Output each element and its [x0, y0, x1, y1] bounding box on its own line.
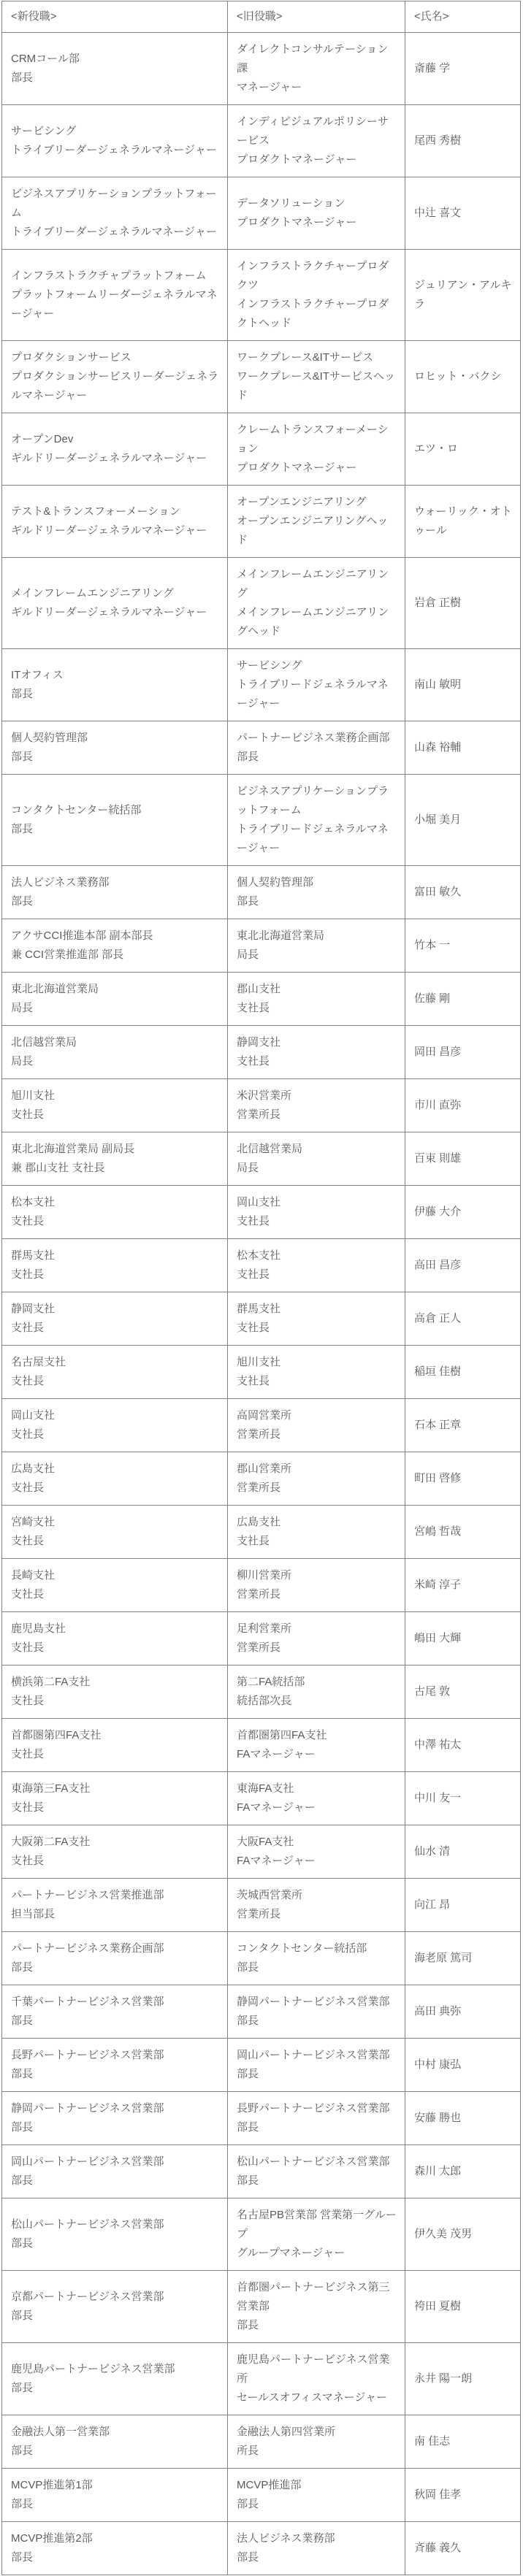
cell-old-position: データソリューション プロダクトマネージャー	[228, 177, 405, 250]
cell-name: 稲垣 佳樹	[405, 1346, 521, 1399]
table-body: CRMコール部 部長ダイレクトコンサルテーション課 マネージャー斎藤 学サービシ…	[2, 33, 521, 2575]
cell-new-position: 京都パートナービジネス営業部 部長	[2, 2271, 228, 2343]
cell-new-position: テスト&トランスフォーメーション ギルドリーダージェネラルマネージャー	[2, 486, 228, 558]
personnel-table: <新役職> <旧役職> <氏名> CRMコール部 部長ダイレクトコンサルテーショ…	[1, 1, 521, 2575]
cell-new-position: アクサCCI推進本部 副本部長 兼 CCI営業推進部 部長	[2, 919, 228, 973]
cell-new-position: 長野パートナービジネス営業部 部長	[2, 2039, 228, 2092]
table-row: 長崎支社 支社長柳川営業所 営業所長米崎 淳子	[2, 1559, 521, 1612]
cell-old-position: 大阪FA支社 FAマネージャー	[228, 1825, 405, 1879]
cell-name: 仙水 清	[405, 1825, 521, 1879]
cell-name: ジュリアン・アルキラ	[405, 250, 521, 341]
cell-name: 中川 友一	[405, 1772, 521, 1825]
cell-old-position: 静岡支社 支社長	[228, 1026, 405, 1079]
cell-new-position: 鹿児島パートナービジネス営業部 部長	[2, 2343, 228, 2415]
table-row: メインフレームエンジニアリング ギルドリーダージェネラルマネージャーメインフレー…	[2, 558, 521, 649]
cell-old-position: ダイレクトコンサルテーション課 マネージャー	[228, 33, 405, 105]
cell-name: 小堀 美月	[405, 775, 521, 866]
cell-new-position: 松山パートナービジネス営業部 部長	[2, 2199, 228, 2271]
cell-name: 市川 直弥	[405, 1079, 521, 1132]
table-row: 法人ビジネス業務部 部長個人契約管理部 部長富田 敏久	[2, 866, 521, 919]
table-row: 名古屋支社 支社長旭川支社 支社長稲垣 佳樹	[2, 1346, 521, 1399]
cell-old-position: パートナービジネス業務企画部 部長	[228, 721, 405, 775]
table-row: 横浜第二FA支社 支社長第二FA統括部 統括部次長古尾 敦	[2, 1665, 521, 1719]
page: <新役職> <旧役職> <氏名> CRMコール部 部長ダイレクトコンサルテーショ…	[0, 0, 523, 2576]
header-old-position: <旧役職>	[228, 1, 405, 33]
cell-name: エツ・ロ	[405, 413, 521, 486]
cell-name: 古尾 敦	[405, 1665, 521, 1719]
cell-new-position: オープンDev ギルドリーダージェネラルマネージャー	[2, 413, 228, 486]
cell-name: 富田 敏久	[405, 866, 521, 919]
table-row: 大阪第二FA支社 支社長大阪FA支社 FAマネージャー仙水 清	[2, 1825, 521, 1879]
cell-name: 中村 康弘	[405, 2039, 521, 2092]
cell-old-position: 首都圏第四FA支社 FAマネージャー	[228, 1719, 405, 1772]
table-row: 千葉パートナービジネス営業部 部長静岡パートナービジネス営業部 部長高田 典弥	[2, 1985, 521, 2039]
cell-new-position: 群馬支社 支社長	[2, 1239, 228, 1292]
cell-new-position: 千葉パートナービジネス営業部 部長	[2, 1985, 228, 2039]
cell-name: 秋岡 佳孝	[405, 2469, 521, 2522]
cell-name: 伊久美 茂男	[405, 2199, 521, 2271]
table-row: パートナービジネス営業推進部 担当部長茨城西営業所 営業所長向江 昂	[2, 1879, 521, 1932]
table-row: 岡山支社 支社長高岡営業所 営業所長石本 正章	[2, 1399, 521, 1452]
cell-name: 中辻 喜文	[405, 177, 521, 250]
cell-name: 安藤 勝也	[405, 2092, 521, 2145]
table-row: プロダクションサービス プロダクションサービスリーダージェネラルマネージャーワー…	[2, 341, 521, 413]
table-row: MCVP推進第2部 部長法人ビジネス業務部 部長斉藤 義久	[2, 2522, 521, 2575]
cell-new-position: 個人契約管理部 部長	[2, 721, 228, 775]
cell-new-position: サービシング トライブリーダージェネラルマネージャー	[2, 105, 228, 177]
table-row: 宮崎支社 支社長広島支社 支社長宮嶋 哲哉	[2, 1506, 521, 1559]
table-row: 群馬支社 支社長松本支社 支社長高田 昌彦	[2, 1239, 521, 1292]
cell-old-position: 茨城西営業所 営業所長	[228, 1879, 405, 1932]
cell-old-position: ビジネスアプリケーションプラットフォーム トライブリードジェネラルマネージャー	[228, 775, 405, 866]
table-row: 鹿児島支社 支社長足利営業所 営業所長嶋田 大輝	[2, 1612, 521, 1665]
cell-name: 尾西 秀樹	[405, 105, 521, 177]
cell-old-position: 松本支社 支社長	[228, 1239, 405, 1292]
table-row: 北信越営業局 局長静岡支社 支社長岡田 昌彦	[2, 1026, 521, 1079]
cell-new-position: 北信越営業局 局長	[2, 1026, 228, 1079]
table-row: 静岡支社 支社長群馬支社 支社長高倉 正人	[2, 1292, 521, 1346]
table-row: ビジネスアプリケーションプラットフォーム トライブリーダージェネラルマネージャー…	[2, 177, 521, 250]
cell-new-position: コンタクトセンター統括部 部長	[2, 775, 228, 866]
cell-old-position: 首都圏パートナービジネス第三営業部 部長	[228, 2271, 405, 2343]
cell-name: ロヒット・バクシ	[405, 341, 521, 413]
cell-old-position: 北信越営業局 局長	[228, 1132, 405, 1186]
cell-old-position: インフラストラクチャープロダクツ インフラストラクチャープロダクトヘッド	[228, 250, 405, 341]
cell-old-position: ワークプレース&ITサービス ワークプレース&ITサービスヘッド	[228, 341, 405, 413]
cell-old-position: コンタクトセンター統括部 部長	[228, 1932, 405, 1985]
table-row: インフラストラクチャプラットフォーム プラットフォームリーダージェネラルマネージ…	[2, 250, 521, 341]
table-row: MCVP推進第1部 部長MCVP推進部 部長秋岡 佳孝	[2, 2469, 521, 2522]
cell-name: 米崎 淳子	[405, 1559, 521, 1612]
table-row: 松本支社 支社長岡山支社 支社長伊藤 大介	[2, 1186, 521, 1239]
cell-name: 向江 昂	[405, 1879, 521, 1932]
table-row: 旭川支社 支社長米沢営業所 営業所長市川 直弥	[2, 1079, 521, 1132]
table-row: 静岡パートナービジネス営業部 部長長野パートナービジネス営業部 部長安藤 勝也	[2, 2092, 521, 2145]
cell-new-position: 法人ビジネス業務部 部長	[2, 866, 228, 919]
cell-name: 岡田 昌彦	[405, 1026, 521, 1079]
cell-new-position: 東北北海道営業局 局長	[2, 973, 228, 1026]
cell-new-position: MCVP推進第2部 部長	[2, 2522, 228, 2575]
cell-new-position: CRMコール部 部長	[2, 33, 228, 105]
cell-new-position: パートナービジネス業務企画部 部長	[2, 1932, 228, 1985]
cell-old-position: 旭川支社 支社長	[228, 1346, 405, 1399]
cell-old-position: 個人契約管理部 部長	[228, 866, 405, 919]
cell-old-position: 郡山営業所 営業所長	[228, 1452, 405, 1506]
cell-new-position: メインフレームエンジニアリング ギルドリーダージェネラルマネージャー	[2, 558, 228, 649]
table-row: コンタクトセンター統括部 部長ビジネスアプリケーションプラットフォーム トライブ…	[2, 775, 521, 866]
cell-old-position: MCVP推進部 部長	[228, 2469, 405, 2522]
cell-new-position: 金融法人第一営業部 部長	[2, 2415, 228, 2469]
cell-new-position: 岡山パートナービジネス営業部 部長	[2, 2145, 228, 2199]
cell-old-position: 柳川営業所 営業所長	[228, 1559, 405, 1612]
cell-new-position: 東海第三FA支社 支社長	[2, 1772, 228, 1825]
cell-new-position: 鹿児島支社 支社長	[2, 1612, 228, 1665]
cell-name: 石本 正章	[405, 1399, 521, 1452]
cell-old-position: オープンエンジニアリング オープンエンジニアリングヘッド	[228, 486, 405, 558]
table-row: 東北北海道営業局 局長郡山支社 支社長佐藤 剛	[2, 973, 521, 1026]
table-row: アクサCCI推進本部 副本部長 兼 CCI営業推進部 部長東北北海道営業局 局長…	[2, 919, 521, 973]
cell-name: 袴田 夏樹	[405, 2271, 521, 2343]
cell-old-position: 第二FA統括部 統括部次長	[228, 1665, 405, 1719]
cell-name: 永井 陽一朗	[405, 2343, 521, 2415]
cell-new-position: 旭川支社 支社長	[2, 1079, 228, 1132]
cell-new-position: 名古屋支社 支社長	[2, 1346, 228, 1399]
cell-old-position: 岡山支社 支社長	[228, 1186, 405, 1239]
cell-old-position: 米沢営業所 営業所長	[228, 1079, 405, 1132]
cell-name: 山森 裕輔	[405, 721, 521, 775]
table-row: ITオフィス 部長サービシング トライブリードジェネラルマネージャー南山 敏明	[2, 649, 521, 721]
cell-new-position: プロダクションサービス プロダクションサービスリーダージェネラルマネージャー	[2, 341, 228, 413]
cell-name: 嶋田 大輝	[405, 1612, 521, 1665]
header-new-position: <新役職>	[2, 1, 228, 33]
cell-old-position: 金融法人第四営業所 所長	[228, 2415, 405, 2469]
cell-new-position: 東北北海道営業局 副局長 兼 郡山支社 支社長	[2, 1132, 228, 1186]
cell-new-position: ビジネスアプリケーションプラットフォーム トライブリーダージェネラルマネージャー	[2, 177, 228, 250]
table-row: 長野パートナービジネス営業部 部長岡山パートナービジネス営業部 部長中村 康弘	[2, 2039, 521, 2092]
cell-old-position: クレームトランスフォーメーション プロダクトマネージャー	[228, 413, 405, 486]
cell-name: 百束 則雄	[405, 1132, 521, 1186]
cell-name: 岩倉 正樹	[405, 558, 521, 649]
table-row: 東海第三FA支社 支社長東海FA支社 FAマネージャー中川 友一	[2, 1772, 521, 1825]
cell-old-position: 鹿児島パートナービジネス営業所 セールスオフィスマネージャー	[228, 2343, 405, 2415]
table-row: 金融法人第一営業部 部長金融法人第四営業所 所長南 佳志	[2, 2415, 521, 2469]
cell-new-position: 首都圏第四FA支社 支社長	[2, 1719, 228, 1772]
cell-new-position: 岡山支社 支社長	[2, 1399, 228, 1452]
table-row: オープンDev ギルドリーダージェネラルマネージャークレームトランスフォーメーシ…	[2, 413, 521, 486]
table-row: CRMコール部 部長ダイレクトコンサルテーション課 マネージャー斎藤 学	[2, 33, 521, 105]
cell-name: 南 佳志	[405, 2415, 521, 2469]
header-name: <氏名>	[405, 1, 521, 33]
cell-old-position: 群馬支社 支社長	[228, 1292, 405, 1346]
cell-new-position: インフラストラクチャプラットフォーム プラットフォームリーダージェネラルマネージ…	[2, 250, 228, 341]
cell-name: 南山 敏明	[405, 649, 521, 721]
cell-new-position: MCVP推進第1部 部長	[2, 2469, 228, 2522]
cell-new-position: 宮崎支社 支社長	[2, 1506, 228, 1559]
table-row: 京都パートナービジネス営業部 部長首都圏パートナービジネス第三営業部 部長袴田 …	[2, 2271, 521, 2343]
cell-name: ウォーリック・オトゥール	[405, 486, 521, 558]
table-row: 東北北海道営業局 副局長 兼 郡山支社 支社長北信越営業局 局長百束 則雄	[2, 1132, 521, 1186]
table-row: パートナービジネス業務企画部 部長コンタクトセンター統括部 部長海老原 篤司	[2, 1932, 521, 1985]
cell-new-position: 大阪第二FA支社 支社長	[2, 1825, 228, 1879]
cell-new-position: パートナービジネス営業推進部 担当部長	[2, 1879, 228, 1932]
cell-name: 海老原 篤司	[405, 1932, 521, 1985]
cell-name: 宮嶋 哲哉	[405, 1506, 521, 1559]
cell-name: 伊藤 大介	[405, 1186, 521, 1239]
cell-old-position: メインフレームエンジニアリング メインフレームエンジニアリングヘッド	[228, 558, 405, 649]
table-row: 岡山パートナービジネス営業部 部長松山パートナービジネス営業部 部長森川 太郎	[2, 2145, 521, 2199]
cell-name: 森川 太郎	[405, 2145, 521, 2199]
cell-name: 高田 典弥	[405, 1985, 521, 2039]
cell-name: 斉藤 義久	[405, 2522, 521, 2575]
cell-old-position: 名古屋PB営業部 営業第一グループ グループマネージャー	[228, 2199, 405, 2271]
cell-new-position: 横浜第二FA支社 支社長	[2, 1665, 228, 1719]
cell-old-position: 法人ビジネス業務部 部長	[228, 2522, 405, 2575]
cell-old-position: 郡山支社 支社長	[228, 973, 405, 1026]
cell-old-position: 長野パートナービジネス営業部 部長	[228, 2092, 405, 2145]
cell-name: 高倉 正人	[405, 1292, 521, 1346]
header-row: <新役職> <旧役職> <氏名>	[2, 1, 521, 33]
cell-new-position: 松本支社 支社長	[2, 1186, 228, 1239]
cell-old-position: 静岡パートナービジネス営業部 部長	[228, 1985, 405, 2039]
cell-old-position: 足利営業所 営業所長	[228, 1612, 405, 1665]
table-row: サービシング トライブリーダージェネラルマネージャーインディビジュアルポリシーサ…	[2, 105, 521, 177]
cell-name: 高田 昌彦	[405, 1239, 521, 1292]
table-row: 首都圏第四FA支社 支社長首都圏第四FA支社 FAマネージャー中澤 祐太	[2, 1719, 521, 1772]
cell-old-position: 東北北海道営業局 局長	[228, 919, 405, 973]
cell-old-position: サービシング トライブリードジェネラルマネージャー	[228, 649, 405, 721]
table-row: 広島支社 支社長郡山営業所 営業所長町田 啓修	[2, 1452, 521, 1506]
table-row: テスト&トランスフォーメーション ギルドリーダージェネラルマネージャーオープンエ…	[2, 486, 521, 558]
cell-old-position: 広島支社 支社長	[228, 1506, 405, 1559]
cell-old-position: 高岡営業所 営業所長	[228, 1399, 405, 1452]
cell-name: 竹本 一	[405, 919, 521, 973]
cell-old-position: インディビジュアルポリシーサービス プロダクトマネージャー	[228, 105, 405, 177]
cell-name: 中澤 祐太	[405, 1719, 521, 1772]
cell-new-position: 静岡パートナービジネス営業部 部長	[2, 2092, 228, 2145]
cell-old-position: 松山パートナービジネス営業部 部長	[228, 2145, 405, 2199]
cell-new-position: 長崎支社 支社長	[2, 1559, 228, 1612]
cell-name: 町田 啓修	[405, 1452, 521, 1506]
cell-new-position: 静岡支社 支社長	[2, 1292, 228, 1346]
table-row: 鹿児島パートナービジネス営業部 部長鹿児島パートナービジネス営業所 セールスオフ…	[2, 2343, 521, 2415]
table-row: 個人契約管理部 部長パートナービジネス業務企画部 部長山森 裕輔	[2, 721, 521, 775]
cell-new-position: 広島支社 支社長	[2, 1452, 228, 1506]
cell-name: 斎藤 学	[405, 33, 521, 105]
cell-old-position: 岡山パートナービジネス営業部 部長	[228, 2039, 405, 2092]
cell-new-position: ITオフィス 部長	[2, 649, 228, 721]
cell-old-position: 東海FA支社 FAマネージャー	[228, 1772, 405, 1825]
table-row: 松山パートナービジネス営業部 部長名古屋PB営業部 営業第一グループ グループマ…	[2, 2199, 521, 2271]
cell-name: 佐藤 剛	[405, 973, 521, 1026]
